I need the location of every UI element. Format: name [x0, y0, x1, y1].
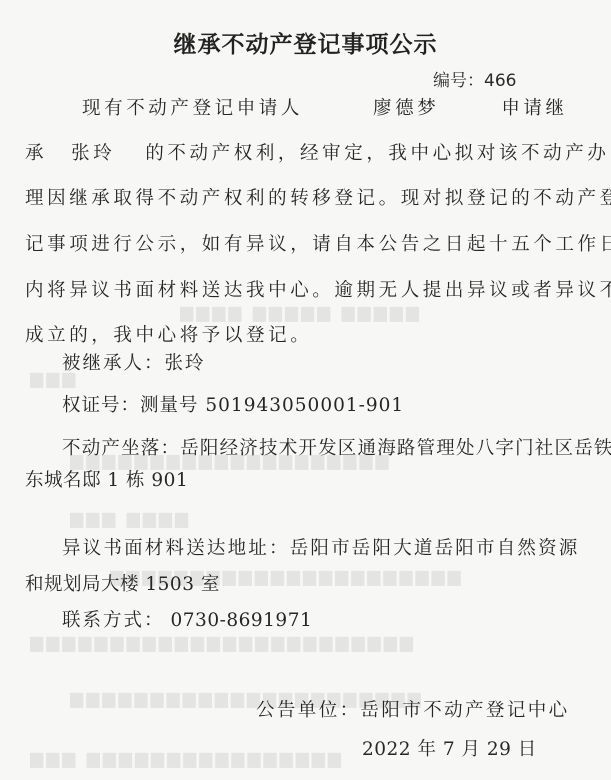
serial-number: 编号：466	[433, 66, 516, 91]
contact-value: 0730-8691971	[171, 610, 313, 631]
decedent-name-inline: 张玲	[71, 143, 115, 164]
document-title: 继承不动产登记事项公示	[0, 26, 611, 59]
body-line-5: 内将异议书面材料送达我中心。逾期无人提出异议或者异议不	[25, 276, 611, 302]
objection-address-value: 岳阳市岳阳大道岳阳市自然资源	[290, 538, 580, 559]
reverse-side-bleed: ▆▆▆	[30, 372, 78, 392]
notice-page: ▆▆▆▆ ▆▆▆▆▆ ▆▆▆▆▆ ▆▆▆ ▆▆▆▆▆▆▆▆▆▆▆▆▆▆▆▆▆▆▆…	[0, 0, 611, 780]
decedent-label: 被继承人：	[62, 353, 165, 374]
body-line-6: 成立的，我中心将予以登记。	[25, 321, 312, 347]
issuer-field: 公告单位：岳阳市不动产登记中心	[256, 696, 570, 722]
decedent-value: 张玲	[165, 353, 206, 374]
issuer-value: 岳阳市不动产登记中心	[361, 700, 570, 721]
body-line-4: 记事项进行公示，如有异议，请自本公告之日起十五个工作日	[25, 230, 611, 256]
location-label: 不动产坐落：	[62, 438, 180, 459]
reverse-side-bleed: ▆▆▆ ▆▆▆▆▆▆▆▆▆▆▆▆▆▆▆▆	[30, 752, 344, 772]
certificate-value: 测量号 501943050001-901	[140, 395, 404, 416]
reverse-side-bleed: ▆▆▆ ▆▆▆▆	[70, 512, 191, 532]
apply-text: 申请继	[501, 98, 567, 119]
location-value: 岳阳经济技术开发区通海路管理处八字门社区岳铁	[180, 438, 611, 459]
body-text: 的不动产权利，经审定，我中心拟对该不动产办	[145, 143, 609, 164]
certificate-label: 权证号：	[62, 395, 140, 416]
applicant-name: 廖德梦	[373, 98, 439, 119]
applicant-prefix: 现有不动产登记申请人	[82, 98, 303, 119]
certificate-field: 权证号：测量号 501943050001-901	[62, 391, 404, 417]
apply-text-continued: 承	[25, 143, 47, 164]
body-line-2: 承张玲的不动产权利，经审定，我中心拟对该不动产办	[25, 139, 609, 165]
serial-value: 466	[484, 71, 516, 91]
decedent-field: 被继承人：张玲	[62, 349, 206, 375]
reverse-side-bleed: ▆▆▆▆▆▆▆▆▆▆▆▆▆▆▆▆▆▆▆▆▆▆▆▆	[30, 636, 416, 656]
location-field: 不动产坐落：岳阳经济技术开发区通海路管理处八字门社区岳铁	[62, 434, 611, 460]
location-field-continued: 东城名邸 1 栋 901	[25, 466, 188, 492]
contact-label: 联系方式：	[62, 610, 165, 631]
serial-label: 编号：	[433, 71, 484, 91]
notice-date: 2022 年 7 月 29 日	[362, 735, 537, 761]
objection-address-continued: 和规划局大楼 1503 室	[25, 570, 220, 596]
issuer-label: 公告单位：	[256, 700, 361, 721]
contact-field: 联系方式：0730-8691971	[62, 606, 312, 632]
body-line-1: 现有不动产登记申请人廖德梦申请继	[82, 94, 568, 120]
objection-address-label: 异议书面材料送达地址：	[62, 538, 290, 559]
objection-address-field: 异议书面材料送达地址：岳阳市岳阳大道岳阳市自然资源	[62, 534, 580, 560]
body-line-3: 理因继承取得不动产权利的转移登记。现对拟登记的不动产登	[25, 184, 611, 210]
